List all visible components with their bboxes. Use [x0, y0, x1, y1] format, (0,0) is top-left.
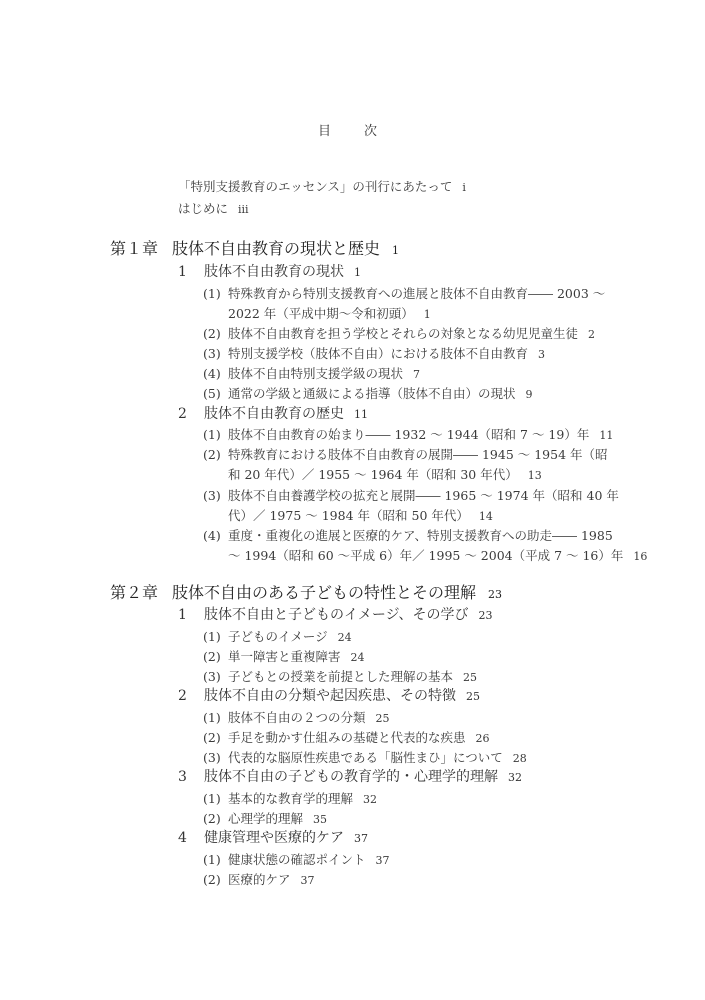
subsection-number: (4)	[203, 366, 228, 381]
subsection-title-cont: ～ 1994（昭和 60 ～平成 6）年／ 1995 ～ 2004（平成 7 ～…	[228, 548, 623, 563]
toc-subsection[interactable]: (5)通常の学級と通級による指導（肢体不自由）の現状9	[203, 384, 533, 402]
subsection-title: 手足を動かす仕組みの基礎と代表的な疾患	[228, 730, 466, 745]
toc-section[interactable]: 3肢体不自由の子どもの教育学的・心理学的理解32	[178, 766, 522, 786]
section-number: 3	[178, 769, 204, 785]
subsection-title: 重度・重複化の進展と医療的ケア、特別支援教育への助走―― 1985	[228, 528, 613, 543]
subsection-title: 特殊教育から特別支援教育への進展と肢体不自由教育―― 2003 ～	[228, 286, 605, 301]
toc-page: 11	[354, 408, 368, 421]
section-title: 肢体不自由と子どものイメージ、その学び	[204, 607, 468, 623]
section-number: 4	[178, 830, 204, 846]
section-title: 肢体不自由の子どもの教育学的・心理学的理解	[204, 769, 498, 785]
toc-front-item[interactable]: はじめにiii	[178, 199, 249, 217]
page-title: 目 次	[0, 120, 705, 139]
toc-section[interactable]: 4健康管理や医療的ケア37	[178, 827, 368, 847]
subsection-number: (2)	[203, 326, 228, 341]
subsection-title: 肢体不自由養護学校の拡充と展開―― 1965 ～ 1974 年（昭和 40 年	[228, 488, 619, 503]
subsection-number: (2)	[203, 447, 228, 462]
toc-chapter[interactable]: 第２章肢体不自由のある子どもの特性とその理解23	[110, 580, 502, 603]
subsection-number: (1)	[203, 791, 228, 806]
subsection-title: 特別支援学校（肢体不自由）における肢体不自由教育	[228, 346, 528, 361]
toc-page: 24	[338, 631, 352, 644]
subsection-number: (3)	[203, 346, 228, 361]
toc-subsection[interactable]: (1)肢体不自由の２つの分類25	[203, 708, 390, 726]
section-title: 肢体不自由教育の現状	[204, 264, 344, 280]
toc-label: 「特別支援教育のエッセンス」の刊行にあたって	[178, 179, 452, 194]
toc-subsection[interactable]: (3)特別支援学校（肢体不自由）における肢体不自由教育3	[203, 344, 545, 362]
toc-page: i	[462, 181, 466, 194]
toc-section[interactable]: 1肢体不自由と子どものイメージ、その学び23	[178, 604, 492, 624]
toc-page: 26	[476, 732, 490, 745]
subsection-number: (2)	[203, 649, 228, 664]
toc-front-item[interactable]: 「特別支援教育のエッセンス」の刊行にあたってi	[178, 177, 466, 195]
toc-section[interactable]: 2肢体不自由教育の歴史11	[178, 403, 368, 423]
section-number: 2	[178, 688, 204, 704]
subsection-title: 肢体不自由の２つの分類	[228, 710, 366, 725]
toc-subsection[interactable]: (3)肢体不自由養護学校の拡充と展開―― 1965 ～ 1974 年（昭和 40…	[203, 486, 619, 504]
toc-subsection[interactable]: (1)子どものイメージ24	[203, 627, 352, 645]
toc-page: 9	[526, 388, 533, 401]
toc-page: 23	[478, 609, 492, 622]
subsection-title: 子どもとの授業を前提とした理解の基本	[228, 669, 453, 684]
subsection-title: 単一障害と重複障害	[228, 649, 341, 664]
chapter-number: 第２章	[110, 580, 172, 603]
toc-subsection[interactable]: (3)代表的な脳原性疾患である「脳性まひ」について28	[203, 748, 527, 766]
subsection-number: (1)	[203, 427, 228, 442]
toc-page: 23	[488, 588, 502, 601]
chapter-title: 肢体不自由のある子どもの特性とその理解	[172, 583, 476, 602]
subsection-number: (2)	[203, 730, 228, 745]
toc-subsection[interactable]: (2)単一障害と重複障害24	[203, 647, 365, 665]
subsection-title: 健康状態の確認ポイント	[228, 852, 366, 867]
toc-subsection-continuation[interactable]: 代）／ 1975 ～ 1984 年（昭和 50 年代）14	[228, 506, 493, 524]
toc-page: 37	[354, 832, 368, 845]
subsection-title: 基本的な教育学的理解	[228, 791, 353, 806]
toc-page: 24	[351, 651, 365, 664]
toc-page: 25	[466, 690, 480, 703]
toc-page: 3	[538, 348, 545, 361]
subsection-number: (3)	[203, 750, 228, 765]
subsection-title: 特殊教育における肢体不自由教育の展開―― 1945 ～ 1954 年（昭	[228, 447, 608, 462]
subsection-title: 肢体不自由教育の始まり―― 1932 ～ 1944（昭和 7 ～ 19）年	[228, 427, 589, 442]
toc-subsection[interactable]: (4)重度・重複化の進展と医療的ケア、特別支援教育への助走―― 1985	[203, 526, 613, 544]
subsection-title: 肢体不自由特別支援学級の現状	[228, 366, 403, 381]
subsection-number: (2)	[203, 811, 228, 826]
toc-subsection[interactable]: (1)基本的な教育学的理解32	[203, 789, 377, 807]
toc-page: 35	[313, 813, 327, 826]
toc-subsection-continuation[interactable]: 2022 年（平成中期～令和初頭）1	[228, 304, 431, 322]
subsection-title-cont: 代）／ 1975 ～ 1984 年（昭和 50 年代）	[228, 508, 469, 523]
toc-page: iii	[238, 203, 249, 216]
toc-page: 32	[508, 771, 522, 784]
section-number: 2	[178, 406, 204, 422]
toc-subsection[interactable]: (2)肢体不自由教育を担う学校とそれらの対象となる幼児児童生徒2	[203, 324, 595, 342]
toc-page: 11	[599, 429, 613, 442]
toc-subsection[interactable]: (2)心理学的理解35	[203, 809, 327, 827]
chapter-title: 肢体不自由教育の現状と歴史	[172, 239, 380, 258]
section-title: 肢体不自由教育の歴史	[204, 406, 344, 422]
toc-subsection-continuation[interactable]: 和 20 年代）／ 1955 ～ 1964 年（昭和 30 年代）13	[228, 465, 542, 483]
toc-page: 32	[363, 793, 377, 806]
subsection-number: (4)	[203, 528, 228, 543]
toc-page: 7	[413, 368, 420, 381]
subsection-number: (3)	[203, 488, 228, 503]
subsection-title: 通常の学級と通級による指導（肢体不自由）の現状	[228, 386, 516, 401]
toc-page: 28	[513, 752, 527, 765]
section-number: 1	[178, 607, 204, 623]
subsection-title: 心理学的理解	[228, 811, 303, 826]
subsection-title: 医療的ケア	[228, 872, 291, 887]
subsection-number: (1)	[203, 710, 228, 725]
section-number: 1	[178, 264, 204, 280]
subsection-title-cont: 2022 年（平成中期～令和初頭）	[228, 306, 414, 321]
subsection-title: 子どものイメージ	[228, 629, 328, 644]
toc-chapter[interactable]: 第１章肢体不自由教育の現状と歴史1	[110, 236, 399, 259]
toc-page: 14	[479, 510, 493, 523]
toc-page: 13	[528, 469, 542, 482]
toc-page: 1	[392, 244, 399, 257]
toc-subsection[interactable]: (1)健康状態の確認ポイント37	[203, 850, 390, 868]
toc-page: 2	[588, 328, 595, 341]
toc-subsection-continuation[interactable]: ～ 1994（昭和 60 ～平成 6）年／ 1995 ～ 2004（平成 7 ～…	[228, 546, 647, 564]
section-title: 健康管理や医療的ケア	[204, 830, 344, 846]
toc-label: はじめに	[178, 201, 228, 216]
toc-subsection[interactable]: (2)手足を動かす仕組みの基礎と代表的な疾患26	[203, 728, 490, 746]
subsection-title: 肢体不自由教育を担う学校とそれらの対象となる幼児児童生徒	[228, 326, 578, 341]
toc-subsection[interactable]: (2)医療的ケア37	[203, 870, 315, 888]
toc-page: 1	[424, 308, 431, 321]
toc-page: 25	[376, 712, 390, 725]
section-title: 肢体不自由の分類や起因疾患、その特徴	[204, 688, 456, 704]
toc-page: 1	[354, 266, 361, 279]
toc-page: 37	[376, 854, 390, 867]
subsection-number: (2)	[203, 872, 228, 887]
toc-page: 16	[633, 550, 647, 563]
toc-subsection[interactable]: (1)特殊教育から特別支援教育への進展と肢体不自由教育―― 2003 ～	[203, 284, 605, 302]
toc-section[interactable]: 1肢体不自由教育の現状1	[178, 261, 361, 281]
subsection-title: 代表的な脳原性疾患である「脳性まひ」について	[228, 750, 503, 765]
subsection-number: (1)	[203, 852, 228, 867]
toc-subsection[interactable]: (1)肢体不自由教育の始まり―― 1932 ～ 1944（昭和 7 ～ 19）年…	[203, 425, 613, 443]
toc-page: 25	[463, 671, 477, 684]
toc-subsection[interactable]: (2)特殊教育における肢体不自由教育の展開―― 1945 ～ 1954 年（昭	[203, 445, 608, 463]
subsection-number: (3)	[203, 669, 228, 684]
subsection-number: (5)	[203, 386, 228, 401]
toc-subsection[interactable]: (3)子どもとの授業を前提とした理解の基本25	[203, 667, 477, 685]
toc-section[interactable]: 2肢体不自由の分類や起因疾患、その特徴25	[178, 685, 480, 705]
toc-subsection[interactable]: (4)肢体不自由特別支援学級の現状7	[203, 364, 420, 382]
subsection-number: (1)	[203, 286, 228, 301]
chapter-number: 第１章	[110, 236, 172, 259]
toc-page: 37	[301, 874, 315, 887]
subsection-title-cont: 和 20 年代）／ 1955 ～ 1964 年（昭和 30 年代）	[228, 467, 518, 482]
subsection-number: (1)	[203, 629, 228, 644]
